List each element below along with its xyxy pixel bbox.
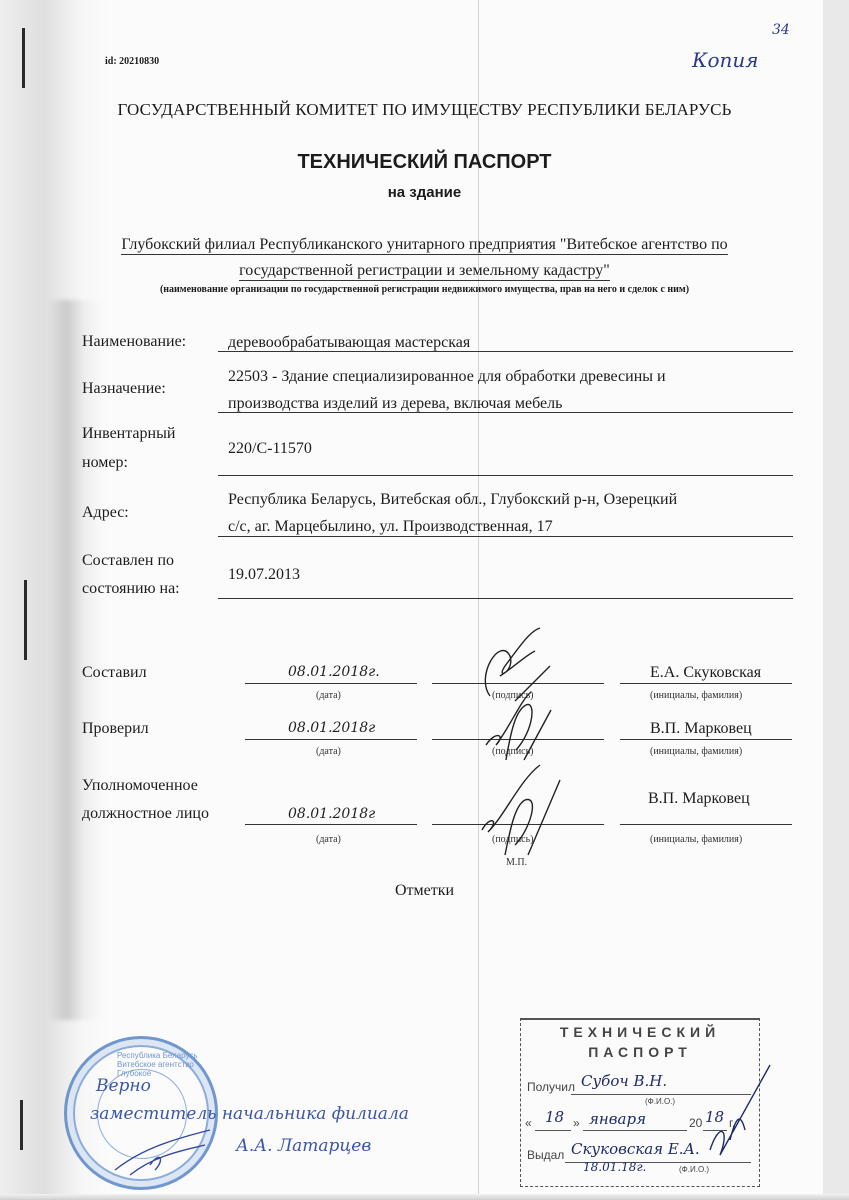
inventory-label-line-2: номер: bbox=[82, 454, 128, 472]
authorized-signature-icon bbox=[470, 760, 570, 860]
fold-line bbox=[478, 0, 479, 1200]
document-subtitle: на здание bbox=[0, 184, 849, 201]
scan-band bbox=[48, 300, 103, 1020]
inventory-underline bbox=[218, 475, 793, 476]
as-of-value: 19.07.2013 bbox=[228, 566, 300, 584]
certifier-name: А.А. Латарцев bbox=[236, 1136, 371, 1156]
inventory-value: 220/С-11570 bbox=[228, 440, 312, 458]
address-value-line-2: с/с, аг. Марцебылино, ул. Производственн… bbox=[228, 518, 553, 536]
binding-mark bbox=[20, 1100, 23, 1150]
purpose-underline bbox=[218, 412, 793, 413]
address-value-line-1: Республика Беларусь, Витебская обл., Глу… bbox=[228, 491, 677, 509]
compiled-name: Е.А. Скуковская bbox=[650, 664, 761, 682]
inventory-label-line-1: Инвентарный bbox=[82, 425, 175, 443]
day-open: « bbox=[525, 1116, 532, 1130]
page-edge bbox=[823, 0, 849, 1200]
organization-line-1: Глубокский филиал Республиканского унита… bbox=[0, 236, 849, 254]
issued-value: Скуковская Е.А. bbox=[571, 1140, 700, 1158]
received-label: Получил bbox=[527, 1080, 575, 1094]
address-label: Адрес: bbox=[82, 504, 129, 522]
organization-line-2: государственной регистрации и земельному… bbox=[0, 262, 849, 280]
name-label: Наименование: bbox=[82, 333, 186, 351]
seal-text: Республика Беларусь Витебское агентство … bbox=[117, 1051, 215, 1078]
day-line bbox=[535, 1130, 571, 1131]
authorized-label-line-2: должностное лицо bbox=[82, 805, 209, 823]
received-value: Субоч В.Н. bbox=[581, 1072, 667, 1090]
compiled-date: 08.01.2018г. bbox=[288, 664, 380, 680]
copy-mark: Копия bbox=[692, 48, 759, 72]
checked-name-caption: (инициалы, фамилия) bbox=[650, 746, 742, 757]
address-underline bbox=[218, 536, 793, 537]
authorized-name-line bbox=[620, 824, 792, 825]
certified-mark: Верно bbox=[96, 1076, 151, 1096]
authorized-label-line-1: Уполномоченное bbox=[82, 777, 198, 795]
checked-date-line bbox=[245, 739, 417, 740]
purpose-value-line-2: производства изделий из дерева, включая … bbox=[228, 395, 562, 413]
organization-caption: (наименование организации по государстве… bbox=[0, 284, 849, 295]
marks-heading: Отметки bbox=[0, 882, 849, 900]
purpose-value-line-1: 22503 - Здание специализированное для об… bbox=[228, 368, 666, 386]
name-value: деревообрабатывающая мастерская bbox=[228, 334, 470, 352]
checked-name: В.П. Марковец bbox=[650, 720, 752, 738]
document-title: ТЕХНИЧЕСКИЙ ПАСПОРТ bbox=[0, 151, 849, 174]
authorized-date-caption: (дата) bbox=[316, 834, 341, 845]
checked-date-caption: (дата) bbox=[316, 746, 341, 757]
compiled-name-line bbox=[620, 683, 792, 684]
authorized-name-caption: (инициалы, фамилия) bbox=[650, 834, 742, 845]
month-value: января bbox=[589, 1110, 646, 1128]
compiled-name-caption: (инициалы, фамилия) bbox=[650, 690, 742, 701]
stamp-title-line-1: ТЕХНИЧЕСКИЙ bbox=[521, 1024, 759, 1040]
organization-text-1: Глубокский филиал Республиканского унита… bbox=[121, 236, 727, 255]
day-value: 18 bbox=[545, 1108, 564, 1126]
authorized-date: 08.01.2018г bbox=[288, 806, 375, 822]
name-underline bbox=[218, 351, 793, 352]
checked-date: 08.01.2018г bbox=[288, 720, 375, 736]
stamp-signature-icon bbox=[700, 1060, 780, 1170]
issued-label: Выдал bbox=[527, 1148, 564, 1162]
checked-signature-icon bbox=[476, 690, 556, 770]
issued-date: 18.01.18г. bbox=[583, 1160, 646, 1174]
checked-name-line bbox=[620, 739, 792, 740]
authorized-date-line bbox=[245, 824, 417, 825]
binding-mark bbox=[22, 28, 25, 88]
month-line bbox=[583, 1130, 687, 1131]
committee-heading: ГОСУДАРСТВЕННЫЙ КОМИТЕТ ПО ИМУЩЕСТВУ РЕС… bbox=[0, 100, 849, 120]
authorized-name: В.П. Марковец bbox=[648, 790, 750, 808]
as-of-label-line-1: Составлен по bbox=[82, 552, 174, 570]
compiled-date-caption: (дата) bbox=[316, 690, 341, 701]
stamp-title-line-2: ПАСПОРТ bbox=[521, 1044, 759, 1060]
day-close: » bbox=[573, 1116, 580, 1130]
page-bottom-edge bbox=[0, 1194, 849, 1200]
as-of-underline bbox=[218, 598, 793, 599]
document-page: id: 20210830 Копия 34 ГОСУДАРСТВЕННЫЙ КО… bbox=[0, 0, 849, 1200]
compiled-label: Составил bbox=[82, 664, 147, 682]
binding-mark bbox=[24, 580, 27, 660]
document-id: id: 20210830 bbox=[105, 56, 159, 67]
purpose-label: Назначение: bbox=[82, 380, 166, 398]
organization-text-2: государственной регистрации и земельному… bbox=[239, 262, 610, 281]
certifier-signature-icon bbox=[110, 1120, 220, 1180]
received-fio-caption: (Ф.И.О.) bbox=[645, 1097, 675, 1106]
page-number: 34 bbox=[772, 22, 790, 38]
checked-label: Проверил bbox=[82, 720, 149, 738]
compiled-date-line bbox=[245, 683, 417, 684]
as-of-label-line-2: состоянию на: bbox=[82, 580, 180, 598]
